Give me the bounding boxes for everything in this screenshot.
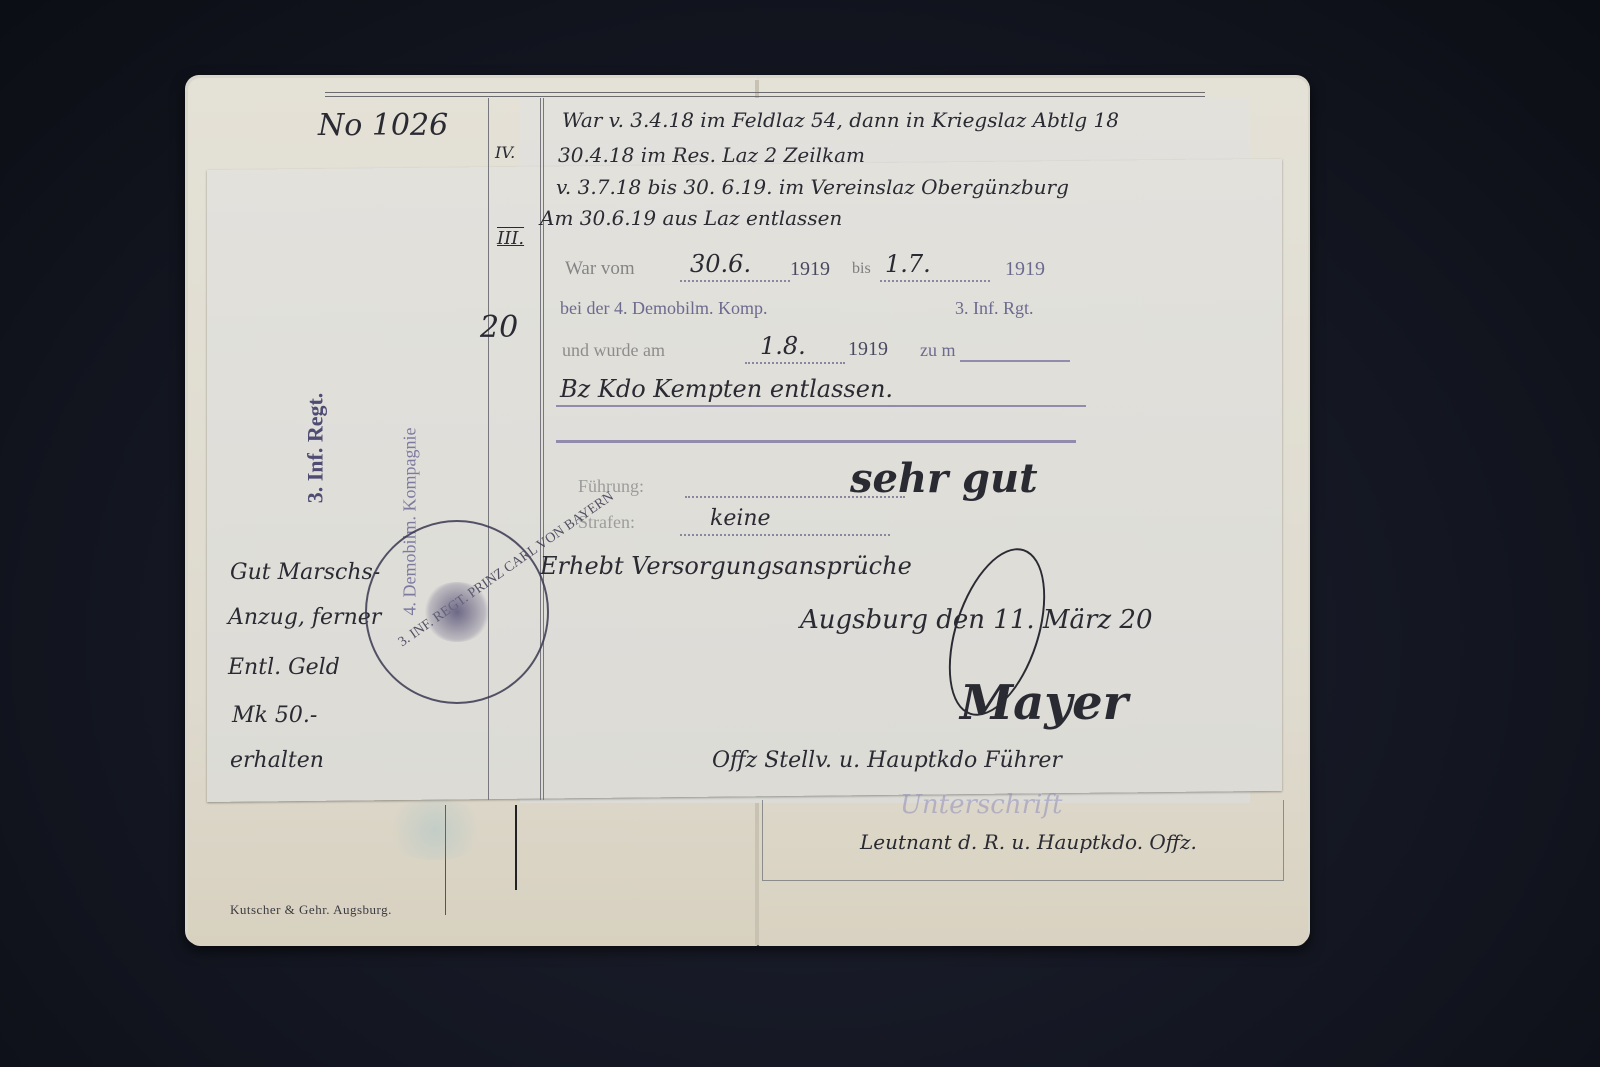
form-label: und wurde am — [562, 340, 665, 361]
margin-note: Gut Marschs- — [230, 560, 380, 585]
margin-note: Anzug, ferner — [228, 605, 381, 630]
claims-line: Erhebt Versorgungsansprüche — [540, 552, 912, 580]
form-value: 1919 — [790, 258, 830, 281]
regiment-stamp: 3. Inf. Regt. — [302, 393, 328, 504]
service-entry: 30.4.18 im Res. Laz 2 Zeilkam — [558, 143, 865, 167]
top-rule — [325, 92, 1205, 93]
form-underline — [960, 360, 1070, 362]
printer-imprint: Kutscher & Gehr. Augsburg. — [230, 902, 392, 918]
penalties-value: keine — [710, 506, 771, 531]
column-line — [540, 98, 541, 800]
column-line — [515, 805, 517, 890]
form-underline — [556, 405, 1086, 407]
margin-note: Entl. Geld — [228, 655, 340, 680]
form-underline — [880, 280, 990, 282]
margin-note: erhalten — [230, 748, 324, 773]
form-unit: bei der 4. Demobilm. Komp. — [560, 298, 767, 319]
round-seal-stamp: 3. INF. REGT. PRINZ CARL VON BAYERN — [365, 520, 549, 704]
signatory-title: Offz Stellv. u. Hauptkdo Führer — [712, 748, 1062, 773]
column-line — [543, 98, 544, 800]
form-label: War vom — [565, 258, 635, 280]
form-label: zu m — [920, 340, 956, 361]
margin-numeral: IV. — [495, 143, 515, 162]
faded-blue-stamp — [380, 800, 490, 860]
service-entry: War v. 3.4.18 im Feldlaz 54, dann in Kri… — [562, 108, 1119, 132]
service-entry: Am 30.6.19 aus Laz entlassen — [540, 206, 842, 230]
service-entry: v. 3.7.18 bis 30. 6.19. im Vereinslaz Ob… — [556, 175, 1069, 199]
crown-emblem-icon — [422, 582, 492, 642]
top-rule — [325, 96, 1205, 97]
margin-note: Mk 50.- — [232, 703, 317, 728]
form-label: bis — [852, 260, 871, 278]
faded-signature: Unterschrift — [900, 790, 1062, 820]
form-regiment: 3. Inf. Rgt. — [955, 298, 1034, 319]
form-value: 1919 — [848, 338, 888, 361]
form-value: 1.7. — [885, 250, 931, 278]
conduct-value: sehr gut — [850, 455, 1038, 502]
document-number: No 1026 — [318, 108, 448, 143]
margin-numeral: III. — [497, 228, 524, 249]
form-underline — [745, 362, 845, 364]
margin-numeral: 20 — [480, 310, 518, 345]
form-underline — [680, 534, 890, 536]
discharge-text: Bz Kdo Kempten entlassen. — [560, 375, 893, 403]
form-underline — [680, 280, 790, 282]
form-value: 30.6. — [690, 250, 751, 278]
form-divider — [556, 440, 1076, 443]
form-value: 1919 — [1005, 258, 1045, 281]
lower-title: Leutnant d. R. u. Hauptkdo. Offz. — [860, 830, 1197, 854]
form-value: 1.8. — [760, 332, 806, 360]
